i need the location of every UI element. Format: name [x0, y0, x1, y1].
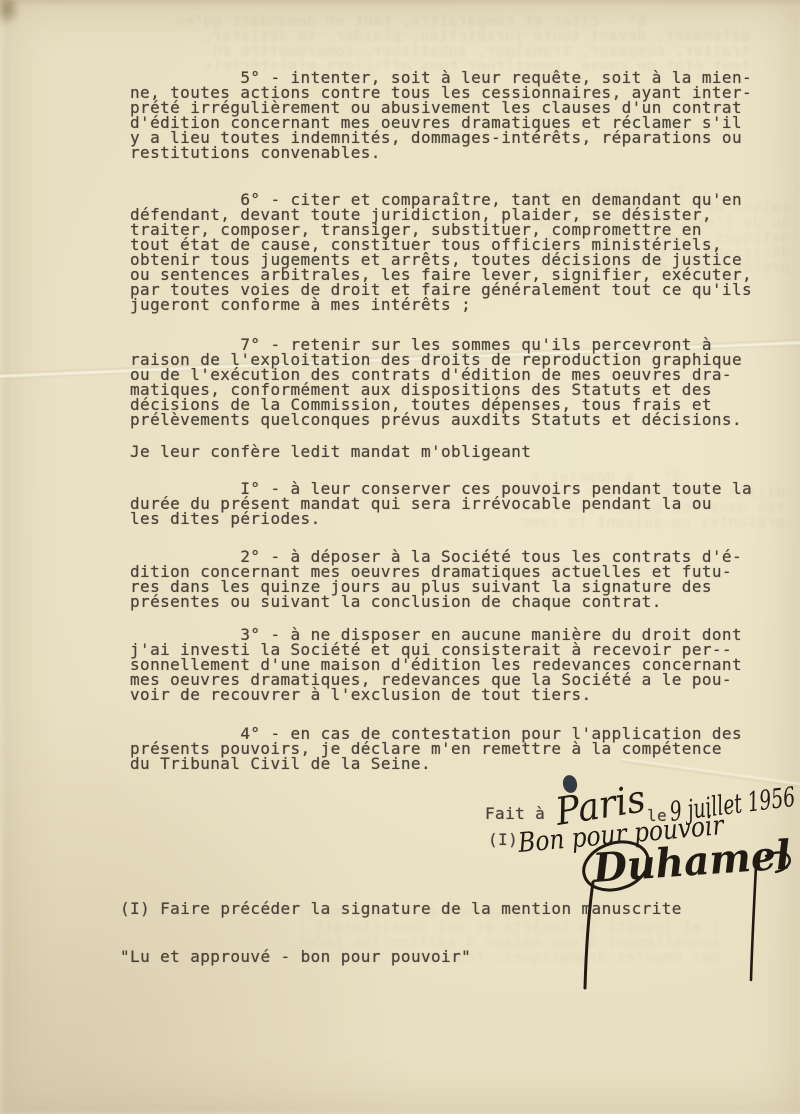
scanned-page: 6° - citer et comparaître, tant en deman… — [0, 0, 800, 1114]
paragraph-item-6: 6° - citer et comparaître, tant en deman… — [130, 192, 790, 312]
signature-descender-right — [751, 866, 756, 980]
bleedthrough-text: 6° - citer et comparaître, tant en deman… — [70, 14, 750, 70]
paragraph-item-3: 3° - à ne disposer en aucune manière du … — [130, 627, 790, 702]
paragraph-item-5: 5° - intenter, soit à leur requête, soit… — [130, 70, 790, 160]
signature-descender-left — [585, 882, 593, 988]
paragraph-item-7: 7° - retenir sur les sommes qu'ils perce… — [130, 337, 790, 427]
handwriting-layer: Paris 9 juillet 1956 Bon pour pouvoir Du… — [440, 760, 800, 1014]
paragraph-item-2: 2° - à déposer à la Société tous les con… — [130, 549, 790, 609]
typed-body-text: 5° - intenter, soit à leur requête, soit… — [130, 70, 790, 771]
paragraph-item-I: I° - à leur conserver ces pouvoirs penda… — [130, 481, 790, 526]
corner-smudge — [0, 0, 20, 26]
paragraph-intro-mandat: Je leur confère ledit mandat m'obligeant — [130, 444, 790, 459]
